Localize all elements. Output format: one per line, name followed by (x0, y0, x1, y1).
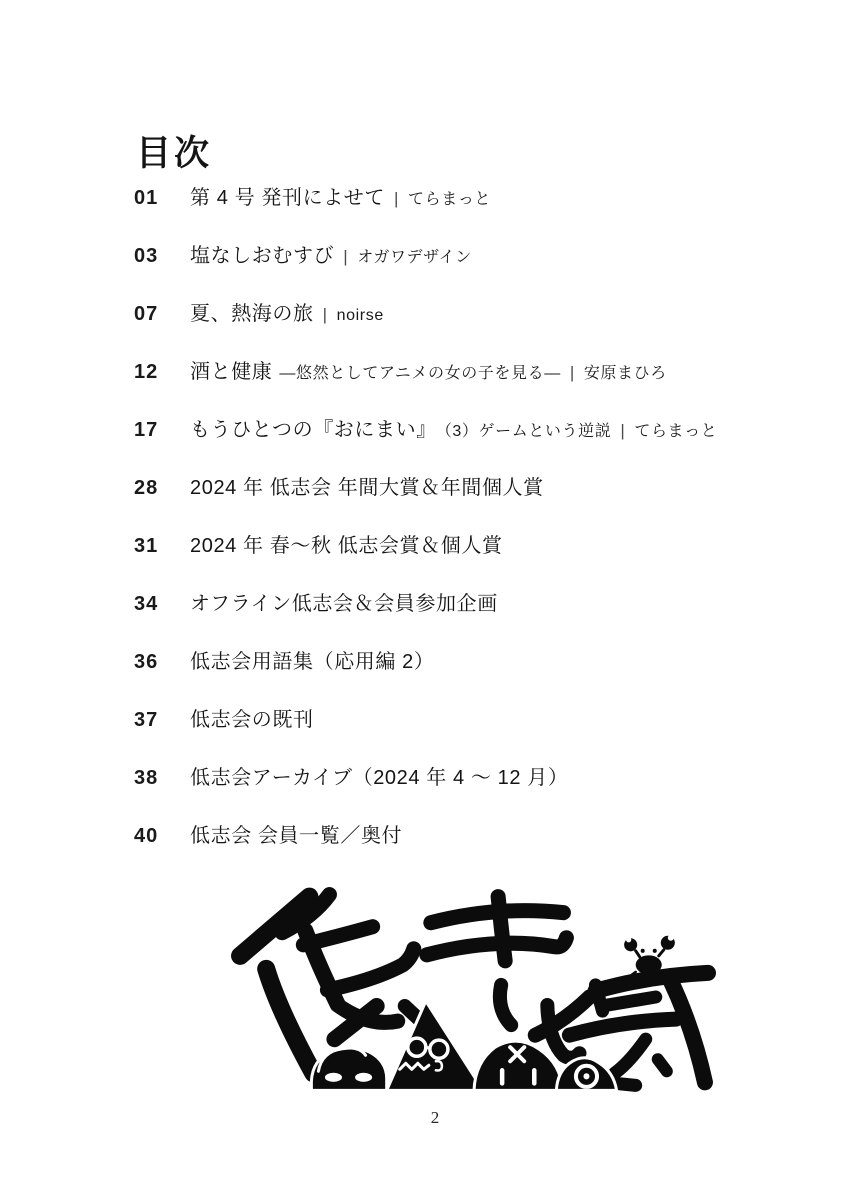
toc-title: 夏、熱海の旅 (190, 303, 314, 325)
toc-separator: | (323, 305, 328, 324)
toc-author: 安原まひろ (584, 365, 667, 382)
kanji-kai (535, 973, 708, 1085)
toc-title: 第 4 号 発刊によせて (190, 187, 385, 209)
toc-author: noirse (337, 307, 384, 324)
toc-entry: 37 低志会の既刊 (134, 703, 794, 761)
x-eyes-mascot-icon (474, 1041, 562, 1090)
toc-author: オガワデザイン (357, 249, 472, 266)
toc-title: 酒と健康 (190, 361, 272, 383)
toc-entry: 40 低志会 会員一覧／奥付 (134, 819, 794, 877)
toc-page-number: 31 (134, 535, 190, 558)
toc-entry: 12 酒と健康―悠然としてアニメの女の子を見る―|安原まひろ (134, 355, 794, 413)
toc-separator: | (394, 189, 399, 208)
toc-entry: 01 第 4 号 発刊によせて|てらまっと (134, 181, 794, 239)
toc-entry: 34 オフライン低志会＆会員参加企画 (134, 587, 794, 645)
toc-title: 低志会用語集（応用編 2） (190, 651, 434, 673)
toc-separator: | (620, 421, 625, 440)
teishikai-logo (216, 876, 718, 1118)
toc-page-number: 28 (134, 477, 190, 500)
toc-page-number: 17 (134, 419, 190, 442)
toc-title: 2024 年 低志会 年間大賞＆年間個人賞 (190, 477, 544, 499)
toc-title: 低志会の既刊 (190, 709, 314, 731)
toc-page-number: 07 (134, 303, 190, 326)
kanji-tei (240, 895, 419, 1074)
toc-entry: 38 低志会アーカイブ（2024 年 4 ～ 12 月） (134, 761, 794, 819)
toc-author: てらまっと (408, 191, 491, 208)
toc-page-number: 38 (134, 767, 190, 790)
toc-entry: 31 2024 年 春～秋 低志会賞＆個人賞 (134, 529, 794, 587)
toc-separator: | (570, 363, 575, 382)
toc-entry: 36 低志会用語集（応用編 2） (134, 645, 794, 703)
page-title: 目次 (136, 126, 212, 176)
toc-page-number: 34 (134, 593, 190, 616)
toc-title: もうひとつの『おにまい』 (190, 419, 437, 441)
toc-title: オフライン低志会＆会員参加企画 (190, 593, 498, 615)
toc-entry: 07 夏、熱海の旅|noirse (134, 297, 794, 355)
toc-author: てらまっと (634, 423, 717, 440)
toc-page-number: 03 (134, 245, 190, 268)
toc-entry: 28 2024 年 低志会 年間大賞＆年間個人賞 (134, 471, 794, 529)
toc-title: 低志会 会員一覧／奥付 (190, 825, 402, 847)
toc-title: 2024 年 春～秋 低志会賞＆個人賞 (190, 535, 503, 557)
page-number: 2 (0, 1108, 846, 1128)
teishikai-logo-art (216, 876, 718, 1118)
toc-page-number: 12 (134, 361, 190, 384)
toc-page-number: 36 (134, 651, 190, 674)
document-page: 目次 01 第 4 号 発刊によせて|てらまっと 03 塩なしおむすび|オガワデ… (0, 0, 846, 1200)
toc-title: 塩なしおむすび (190, 245, 334, 267)
toc-page-number: 40 (134, 825, 190, 848)
toc-subtitle: （3）ゲームという逆説 (444, 423, 612, 440)
toc-page-number: 37 (134, 709, 190, 732)
toc-page-number: 01 (134, 187, 190, 210)
blob-mascot-icon (311, 1048, 386, 1091)
toc-subtitle: ―悠然としてアニメの女の子を見る― (279, 365, 560, 382)
toc-entry: 03 塩なしおむすび|オガワデザイン (134, 239, 794, 297)
toc-entry: 17 もうひとつの『おにまい』（3）ゲームという逆説|てらまっと (134, 413, 794, 471)
toc-title: 低志会アーカイブ（2024 年 4 ～ 12 月） (190, 767, 568, 789)
toc-separator: | (343, 247, 348, 266)
table-of-contents: 01 第 4 号 発刊によせて|てらまっと 03 塩なしおむすび|オガワデザイン… (134, 181, 794, 877)
